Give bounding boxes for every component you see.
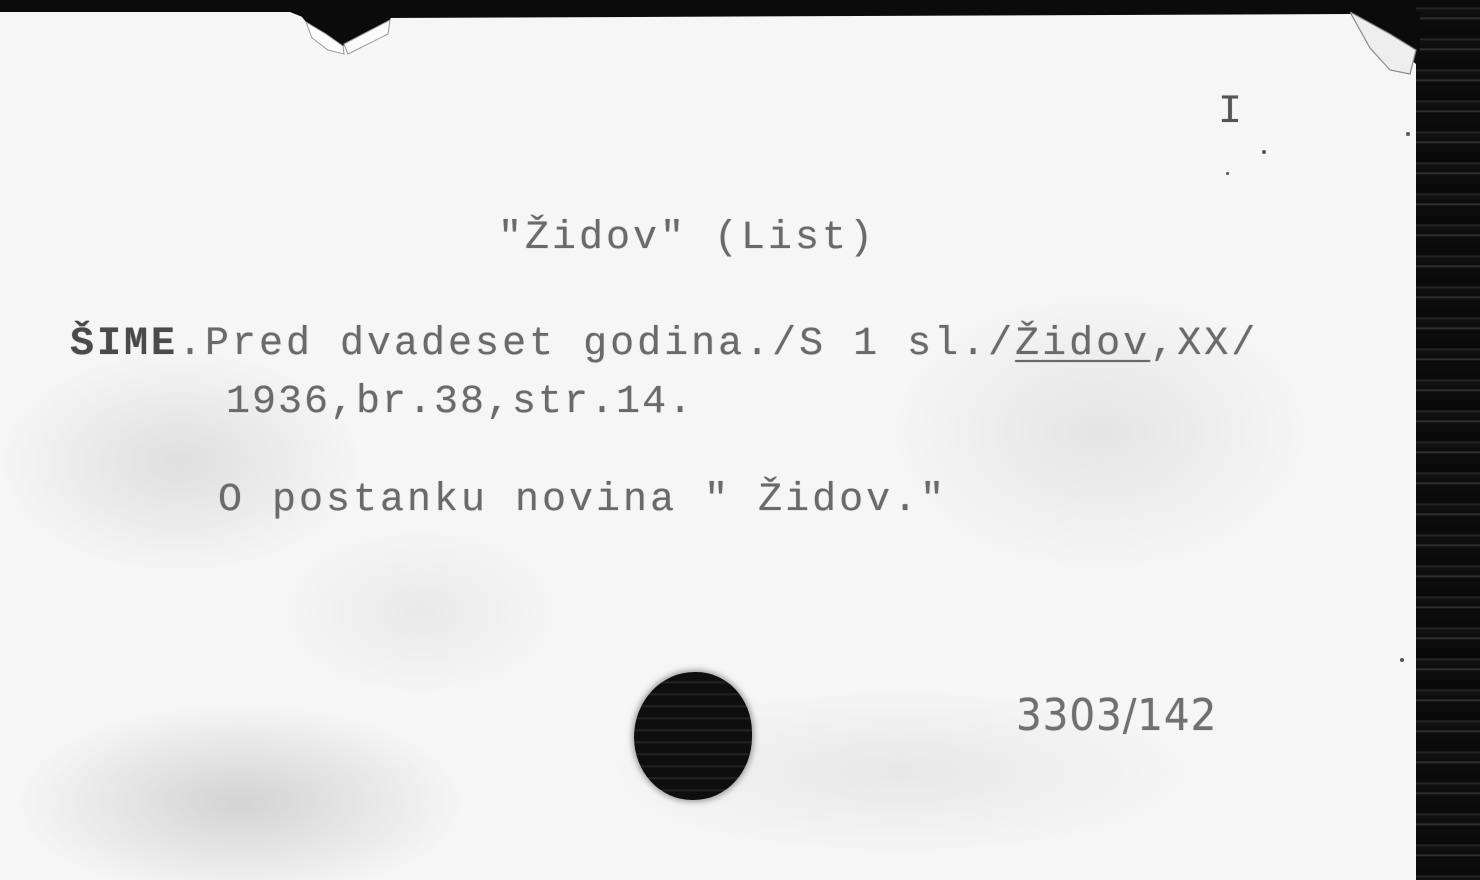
- punch-hole: [634, 672, 752, 800]
- section-mark: I: [1218, 90, 1244, 135]
- ink-speck: [1400, 658, 1404, 662]
- call-number: 3303/142: [1016, 690, 1217, 741]
- subject-heading: "Židov" (List): [498, 216, 876, 261]
- ink-speck: [1262, 150, 1266, 154]
- entry-author: ŠIME: [70, 322, 178, 367]
- ink-speck: [1406, 132, 1410, 136]
- entry-source-title: Židov: [1015, 322, 1150, 367]
- entry-title: .Pred dvadeset godina.: [178, 322, 772, 367]
- bibliographic-entry-line-1: ŠIME.Pred dvadeset godina./S 1 sl./Židov…: [70, 322, 1258, 367]
- scanner-background-edge: [1416, 0, 1480, 880]
- content-annotation: O postanku novina " Židov.": [218, 478, 947, 523]
- scanned-card-image: I "Židov" (List) ŠIME.Pred dvadeset godi…: [0, 0, 1480, 880]
- bibliographic-entry-line-2: 1936,br.38,str.14.: [226, 380, 694, 425]
- entry-illustration-note: /S 1 sl./: [772, 322, 1015, 367]
- ink-speck: [1226, 172, 1229, 175]
- entry-source-volume: ,XX/: [1150, 322, 1258, 367]
